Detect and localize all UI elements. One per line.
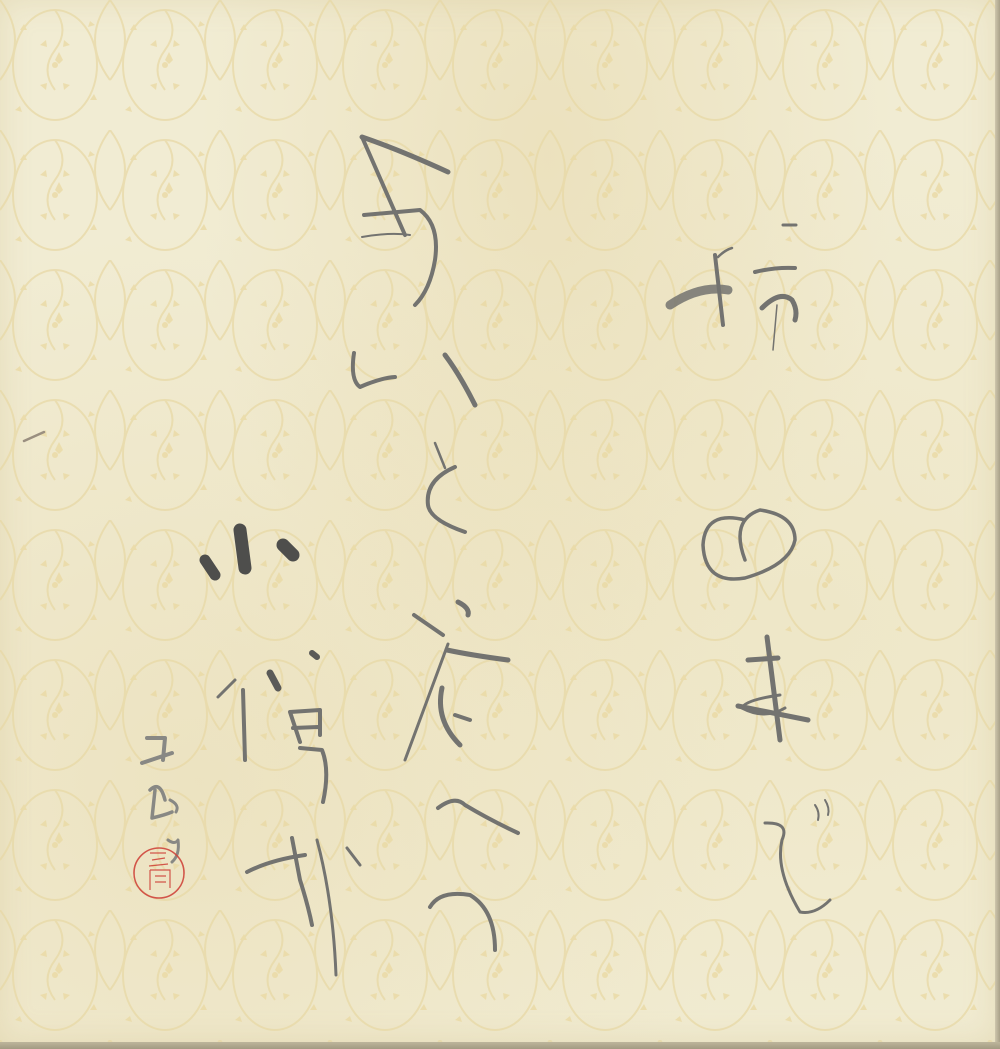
char-i — [353, 353, 475, 405]
char-to — [428, 443, 465, 532]
seal-stamp — [134, 848, 184, 898]
signature — [142, 738, 178, 862]
char-no — [703, 510, 795, 579]
stray-brush-mark — [24, 432, 44, 441]
frame-edge-bottom — [0, 1042, 1000, 1049]
char-he — [438, 801, 518, 833]
char-ma — [738, 637, 808, 740]
char-kaki — [670, 225, 796, 350]
char-sou — [218, 653, 326, 802]
char-ka — [247, 838, 360, 975]
char-yado — [405, 602, 508, 760]
calligraphy-ink — [0, 0, 995, 1042]
char-a — [362, 137, 448, 305]
char-no-2 — [430, 894, 495, 950]
char-ji — [765, 800, 830, 913]
char-ko — [205, 530, 293, 575]
frame-edge-right — [995, 0, 1000, 1049]
shikishi-board: 柿のまじ あいと宿への 小僧かな 五々 鳳 — [0, 0, 995, 1042]
